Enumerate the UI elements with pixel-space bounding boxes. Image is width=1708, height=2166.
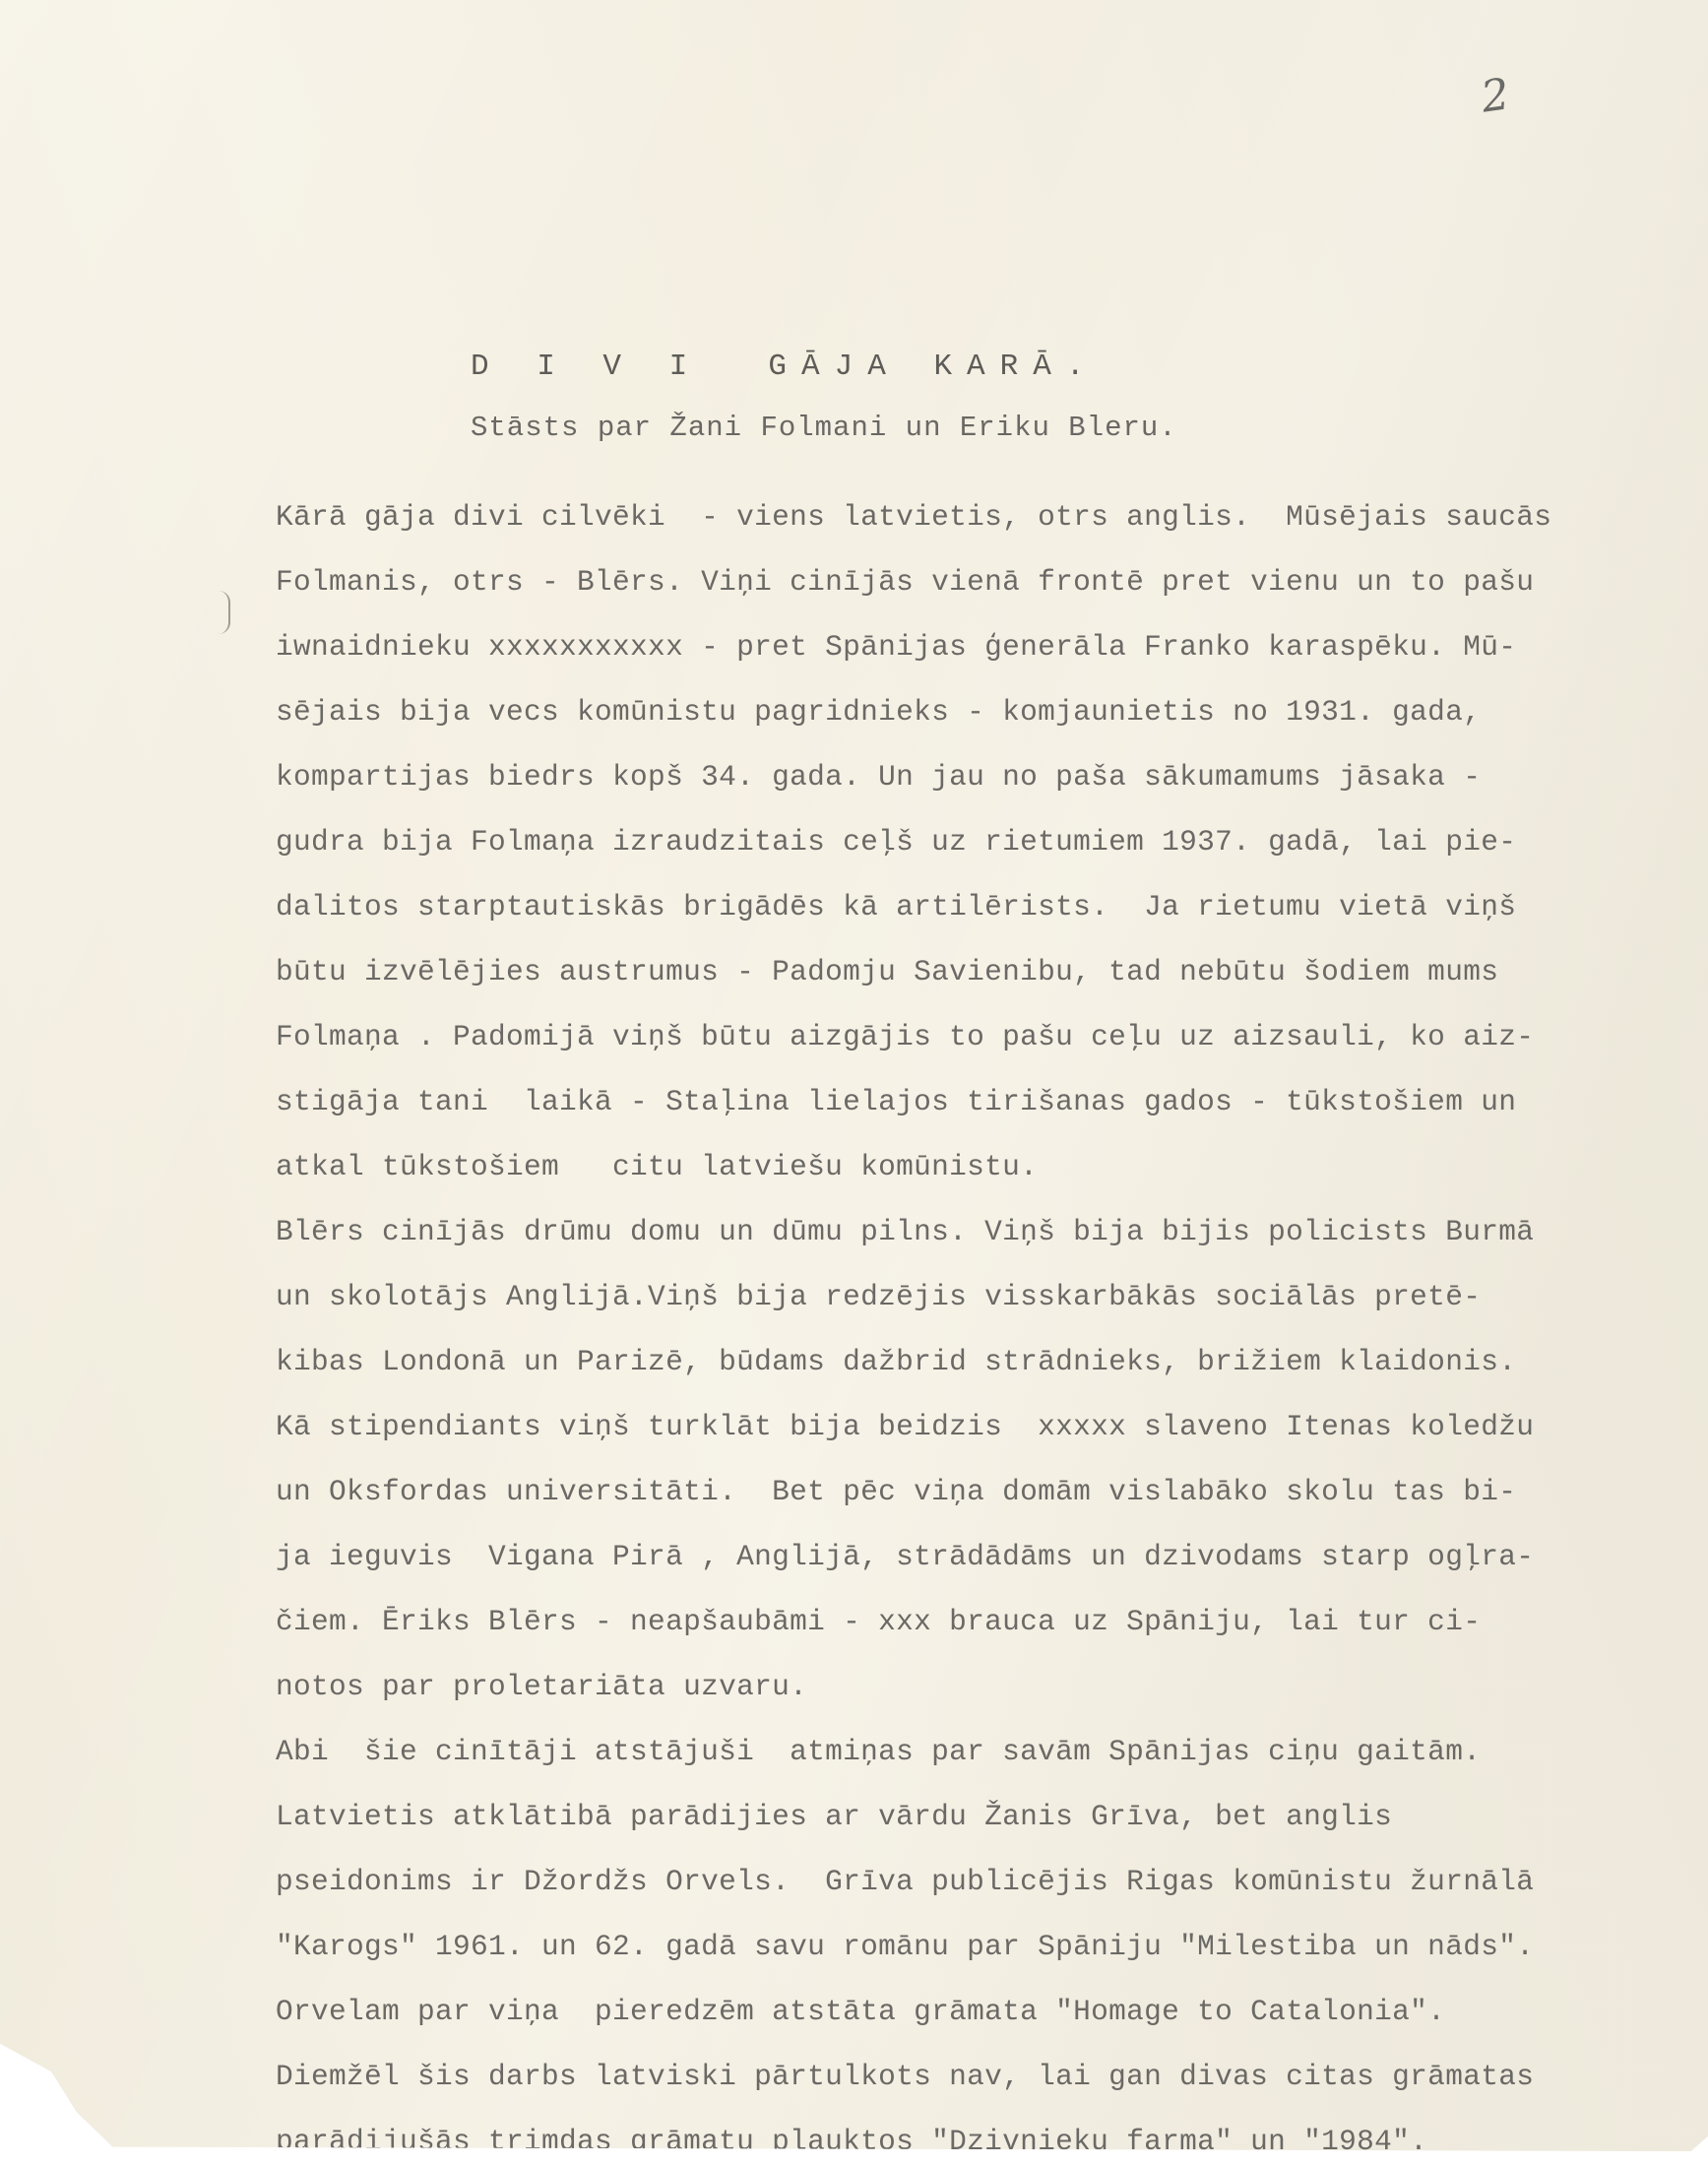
text-line: un Oksfordas universitāti. Bet pēc viņa …: [276, 1459, 1683, 1524]
text-line: un skolotājs Anglijā.Viņš bija redzējis …: [276, 1264, 1683, 1329]
text-line: Folmanis, otrs - Blērs. Viņi cinījās vie…: [276, 549, 1683, 614]
text-line: Diemžēl šis darbs latviski pārtulkots na…: [276, 2044, 1683, 2109]
text-line: dalitos starptautiskās brigādēs kā artil…: [276, 874, 1683, 939]
text-line: gudra bija Folmaņa izraudzitais ceļš uz …: [276, 809, 1683, 874]
text-line: stigāja tani laikā - Staļina lielajos ti…: [276, 1069, 1683, 1134]
typewritten-page: 2 D I V I GĀJA KARĀ. Stāsts par Žani Fol…: [0, 0, 1708, 2151]
text-line: Abi šie cinītāji atstājuši atmiņas par s…: [276, 1719, 1683, 1784]
text-line: Orvelam par viņa pieredzēm atstāta grāma…: [276, 1979, 1683, 2044]
text-line: "Karogs" 1961. un 62. gadā savu romānu p…: [276, 1914, 1683, 1979]
document-body: Kārā gāja divi cilvēki - viens latvietis…: [276, 484, 1683, 2166]
margin-pencil-mark: [219, 591, 230, 634]
text-line: čiem. Ēriks Blērs - neapšaubāmi - xxx br…: [276, 1589, 1683, 1654]
text-line: atkal tūkstošiem citu latviešu komūnistu…: [276, 1134, 1683, 1199]
text-line: kibas Londonā un Parizē, būdams dažbrid …: [276, 1329, 1683, 1394]
text-line: Folmaņa . Padomijā viņš būtu aizgājis to…: [276, 1004, 1683, 1069]
text-line: parādijušās trimdas grāmatu plauktos "Dz…: [276, 2109, 1683, 2166]
document-subtitle: Stāsts par Žani Folmani un Eriku Bleru.: [471, 412, 1177, 444]
text-line: kompartijas biedrs kopš 34. gada. Un jau…: [276, 744, 1683, 809]
text-line: Latvietis atklātibā parādijies ar vārdu …: [276, 1784, 1683, 1849]
text-line: Kārā gāja divi cilvēki - viens latvietis…: [276, 484, 1683, 549]
text-line: pseidonims ir Džordžs Orvels. Grīva publ…: [276, 1849, 1683, 1914]
text-line: iwnaidnieku xxxxxxxxxxx - pret Spānijas …: [276, 614, 1683, 679]
text-line: notos par proletariāta uzvaru.: [276, 1654, 1683, 1719]
text-line: Blērs cinījās drūmu domu un dūmu pilns. …: [276, 1199, 1683, 1264]
text-line: ja ieguvis Vigana Pirā , Anglijā, strādā…: [276, 1524, 1683, 1589]
text-line: būtu izvēlējies austrumus - Padomju Savi…: [276, 939, 1683, 1004]
document-title: D I V I GĀJA KARĀ.: [471, 350, 1099, 384]
handwritten-page-number: 2: [1479, 69, 1513, 122]
text-line: Kā stipendiants viņš turklāt bija beidzi…: [276, 1394, 1683, 1459]
text-line: sējais bija vecs komūnistu pagridnieks -…: [276, 679, 1683, 744]
